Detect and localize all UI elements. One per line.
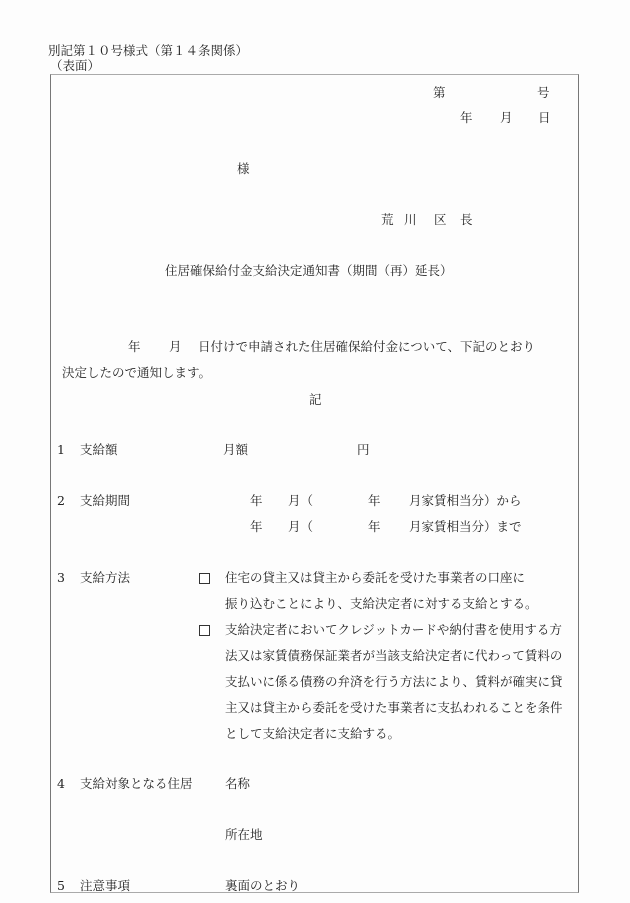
period-to-month: 月（ (288, 521, 313, 534)
item-1-number: 1 (57, 444, 65, 457)
notes-value: 裏面のとおり (225, 880, 300, 893)
side-label: （表面） (50, 60, 100, 73)
date-day: 日 (538, 112, 551, 125)
ki-heading: 記 (309, 394, 322, 407)
item-3-label: 支給方法 (80, 572, 130, 585)
item-2-number: 2 (57, 495, 65, 508)
item-1-monthly-label: 月額 (223, 444, 248, 457)
period-to-year: 年 (250, 521, 263, 534)
body-month: 月 (169, 341, 182, 354)
period-from-month: 月（ (288, 495, 313, 508)
payment-method-1-line-1: 住宅の貸主又は貸主から委託を受けた事業者の口座に (225, 572, 525, 585)
period-from-rent-month: 月家賃相当分）から (409, 495, 522, 508)
doc-number-suffix: 号 (537, 87, 550, 100)
item-4-number: 4 (57, 778, 65, 791)
period-from-year: 年 (250, 495, 263, 508)
item-4-label: 支給対象となる住居 (80, 778, 193, 791)
issuer-char-2: 川 (404, 214, 417, 227)
period-to-rent-month: 月家賃相当分）まで (409, 521, 522, 534)
period-to-rent-year: 年 (368, 521, 381, 534)
period-from-rent-year: 年 (368, 495, 381, 508)
form-id-header: 別記第１０号様式（第１４条関係） (48, 45, 248, 58)
payment-method-1-checkbox[interactable] (199, 573, 210, 584)
item-1-yen-label: 円 (357, 444, 370, 457)
doc-number-prefix: 第 (433, 87, 446, 100)
payment-method-2-line-3: 支払いに係る債務の弁済を行う方法により、賃料が確実に貸 (225, 676, 563, 689)
residence-name-label: 名称 (225, 778, 250, 791)
item-5-label: 注意事項 (80, 880, 130, 893)
body-line-2: 決定したので通知します。 (62, 367, 211, 380)
payment-method-2-line-5: として支給決定者に支給する。 (225, 728, 400, 741)
payment-method-2-line-4: 主又は貸主から委託を受けた事業者に支払われることを条件 (225, 702, 563, 715)
item-3-number: 3 (57, 572, 65, 585)
notice-form-box (50, 74, 579, 893)
payment-method-2-line-1: 支給決定者においてクレジットカードや納付書を使用する方 (225, 624, 562, 637)
item-2-label: 支給期間 (80, 495, 130, 508)
body-line-1: 日付けで申請された住居確保給付金について、下記のとおり (198, 341, 535, 354)
item-1-label: 支給額 (80, 444, 118, 457)
payment-method-1-line-2: 振り込むことにより、支給決定者に対する支給とする。 (225, 598, 538, 611)
issuer-char-3: 区 (434, 214, 447, 227)
addressee-honorific: 様 (237, 163, 250, 176)
payment-method-2-line-2: 法又は家賃債務保証業者が当該支給決定者に代わって賃料の (225, 650, 562, 663)
payment-method-2-checkbox[interactable] (199, 625, 210, 636)
date-month: 月 (500, 112, 513, 125)
issuer-char-4: 長 (460, 214, 473, 227)
date-year: 年 (460, 112, 473, 125)
body-year: 年 (128, 341, 141, 354)
document-title: 住居確保給付金支給決定通知書（期間（再）延長） (165, 265, 453, 278)
residence-address-label: 所在地 (225, 829, 263, 842)
item-5-number: 5 (57, 880, 65, 893)
issuer-char-1: 荒 (381, 214, 394, 227)
